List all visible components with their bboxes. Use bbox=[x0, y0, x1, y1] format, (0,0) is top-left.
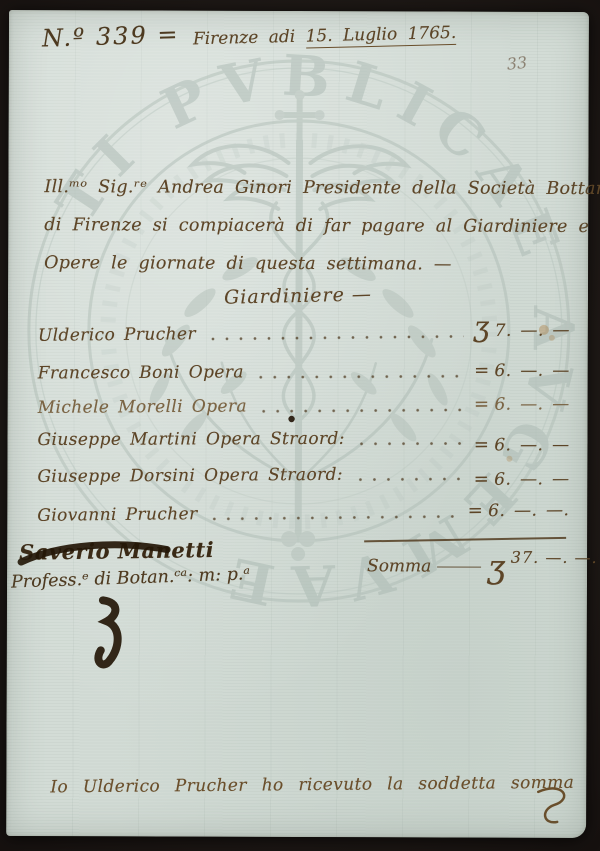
currency-sign: = bbox=[468, 500, 484, 521]
photographed-manuscript: TI PVBLICAE AVGEMVAE bbox=[0, 0, 600, 851]
sum-rule-line bbox=[364, 537, 566, 543]
total-amount: 37. —. —. bbox=[511, 548, 598, 567]
currency-sign: = bbox=[474, 434, 490, 455]
section-heading-giardiniere: Giardiniere — bbox=[8, 278, 588, 313]
currency-sign: = bbox=[474, 394, 490, 415]
worker-name: Giuseppe Dorsini Opera Straord: bbox=[37, 465, 343, 487]
place-date-line: Firenze adi 15. Luglio 1765. bbox=[193, 23, 457, 49]
paragraph-line: Ill.ᵐᵒ Sig.ʳᵉ Andrea Ginori Presidente d… bbox=[44, 168, 600, 208]
dotted-leader bbox=[254, 355, 464, 379]
amount: 6. —. —. bbox=[488, 500, 569, 521]
dotted-leader bbox=[206, 315, 464, 341]
amount: 6. —. — bbox=[494, 435, 569, 455]
account-row: Francesco Boni Opera =6. —. — bbox=[38, 355, 570, 384]
amount: 6. —. — bbox=[494, 394, 569, 415]
dotted-leader bbox=[353, 458, 464, 482]
worker-name: Michele Morelli Opera bbox=[38, 396, 248, 417]
amount: 6. —. — bbox=[494, 361, 569, 381]
currency-sign: ʒ bbox=[487, 548, 505, 586]
document-number: N.º 339 = bbox=[42, 20, 180, 52]
signature-name: Saverio Manetti bbox=[19, 537, 214, 565]
dotted-leader bbox=[207, 495, 457, 521]
worker-name: Giuseppe Martini Opera Straord: bbox=[37, 429, 344, 450]
request-paragraph: Ill.ᵐᵒ Sig.ʳᵉ Andrea Ginori Presidente d… bbox=[44, 168, 600, 284]
currency-sign: = bbox=[474, 469, 490, 490]
total-label: Somma bbox=[367, 556, 487, 576]
signature-title: Profess.ᵉ di Botan.ᶜᵃ: m: p.ᵃ bbox=[11, 564, 251, 592]
dotted-leader bbox=[257, 389, 464, 413]
paragraph-line: di Firenze si compiacerà di far pagare a… bbox=[44, 206, 600, 246]
worker-name: Giovanni Prucher bbox=[37, 504, 198, 526]
currency-sign: = bbox=[474, 360, 490, 381]
place-date-prefix: Firenze adi bbox=[193, 27, 296, 49]
receipt-flourish bbox=[538, 788, 564, 822]
amount: 7. —. — bbox=[495, 320, 570, 341]
dotted-leader bbox=[355, 422, 464, 445]
account-row: Giuseppe Martini Opera Straord: =6. —. — bbox=[37, 422, 569, 450]
ink-blot bbox=[288, 416, 294, 422]
worker-name: Ulderico Prucher bbox=[38, 324, 196, 346]
worker-name: Francesco Boni Opera bbox=[38, 362, 244, 383]
pencil-page-number: 33 bbox=[506, 53, 528, 74]
account-row: Ulderico Prucher ʒ7. —. — bbox=[38, 314, 570, 346]
amount: 6. —. — bbox=[494, 469, 569, 490]
receipt-line: Io Ulderico Prucher ho ricevuto la sodde… bbox=[50, 773, 574, 798]
place-date-underlined: 15. Luglio 1765. bbox=[305, 23, 456, 49]
account-row: Giovanni Prucher =6. —. —. bbox=[37, 494, 569, 526]
total-row: Sommaʒ 37. —. —. bbox=[367, 547, 598, 586]
signature-paraph bbox=[98, 600, 117, 664]
account-row: Michele Morelli Opera =6. —. — bbox=[38, 388, 570, 418]
account-row: Giuseppe Dorsini Opera Straord: =6. —. — bbox=[37, 457, 569, 487]
paragraph-line: Opere le giornate di questa settimana. — bbox=[44, 244, 600, 284]
currency-sign: ʒ bbox=[473, 310, 490, 343]
paper-sheet: TI PVBLICAE AVGEMVAE bbox=[6, 10, 589, 838]
